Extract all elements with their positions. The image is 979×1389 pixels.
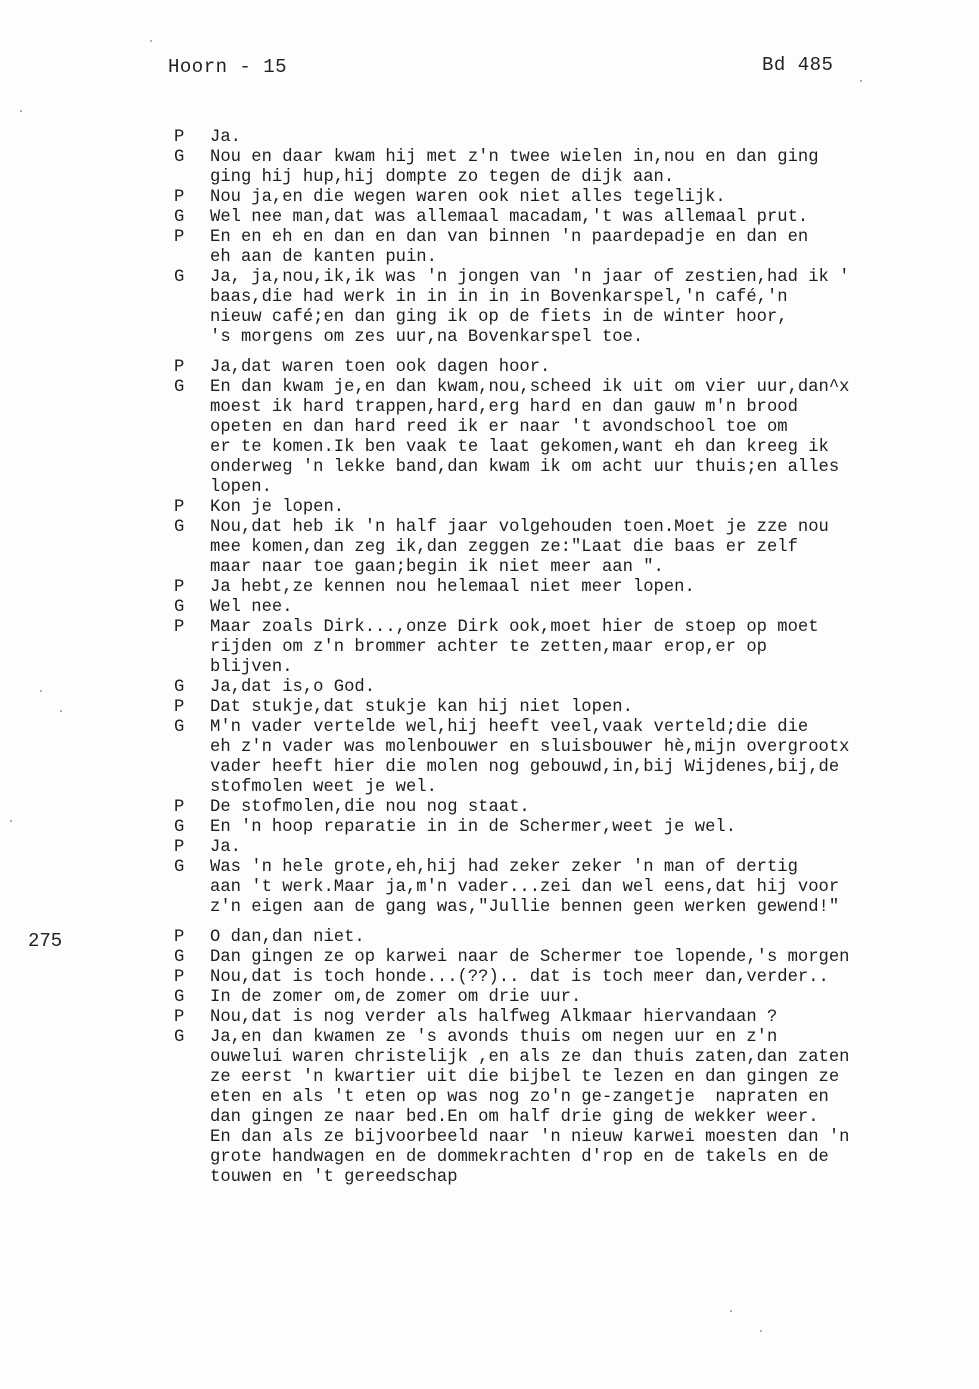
scan-speck (860, 80, 862, 82)
transcript-turn: GJa,en dan kwamen ze 's avonds thuis om … (174, 1028, 979, 1188)
transcript-turn: PJa hebt,ze kennen nou helemaal niet mee… (174, 578, 979, 598)
utterance: M'n vader vertelde wel,hij heeft veel,va… (210, 718, 979, 798)
utterance-line: onderweg 'n lekke band,dan kwam ik om ac… (210, 458, 979, 478)
speaker-label: P (174, 838, 210, 858)
utterance-line: Ja, ja,nou,ik,ik was 'n jongen van 'n ja… (210, 268, 979, 288)
transcript-turn: PMaar zoals Dirk...,onze Dirk ook,moet h… (174, 618, 979, 678)
utterance-line: rijden om z'n brommer achter te zetten,m… (210, 638, 979, 658)
utterance: Nou,dat is nog verder als halfweg Alkmaa… (210, 1008, 979, 1028)
scan-speck (150, 40, 152, 42)
speaker-label: P (174, 1008, 210, 1028)
transcript-turn: GJa, ja,nou,ik,ik was 'n jongen van 'n j… (174, 268, 979, 348)
utterance-line: mee komen,dan zeg ik,dan zeggen ze:"Laat… (210, 538, 979, 558)
utterance: De stofmolen,die nou nog staat. (210, 798, 979, 818)
utterance: Ja,dat is,o God. (210, 678, 979, 698)
utterance-line: Ja,dat waren toen ook dagen hoor. (210, 358, 979, 378)
transcript-turn: PKon je lopen. (174, 498, 979, 518)
speaker-label: G (174, 378, 210, 398)
speaker-label: G (174, 818, 210, 838)
utterance-line: stofmolen weet je wel. (210, 778, 979, 798)
speaker-label: P (174, 228, 210, 248)
utterance: In de zomer om,de zomer om drie uur. (210, 988, 979, 1008)
utterance: En dan kwam je,en dan kwam,nou,scheed ik… (210, 378, 979, 498)
utterance: Ja,dat waren toen ook dagen hoor. (210, 358, 979, 378)
transcript-turn: GWel nee man,dat was allemaal macadam,'t… (174, 208, 979, 228)
speaker-label: G (174, 988, 210, 1008)
utterance-line: opeten en dan hard reed ik er naar 't av… (210, 418, 979, 438)
speaker-label: P (174, 188, 210, 208)
speaker-label: P (174, 128, 210, 148)
utterance-line: En dan kwam je,en dan kwam,nou,scheed ik… (210, 378, 979, 398)
page-header-location: Hoorn - 15 (168, 56, 287, 78)
utterance-line: Nou ja,en die wegen waren ook niet alles… (210, 188, 979, 208)
speaker-label: P (174, 498, 210, 518)
utterance-line: Ja,en dan kwamen ze 's avonds thuis om n… (210, 1028, 979, 1048)
utterance-line: er te komen.Ik ben vaak te laat gekomen,… (210, 438, 979, 458)
transcript-turn: PNou,dat is nog verder als halfweg Alkma… (174, 1008, 979, 1028)
speaker-label: G (174, 208, 210, 228)
utterance-line: Ja. (210, 838, 979, 858)
utterance-line: eh aan de kanten puin. (210, 248, 979, 268)
utterance: Wel nee. (210, 598, 979, 618)
utterance-line: M'n vader vertelde wel,hij heeft veel,va… (210, 718, 979, 738)
utterance-line: vader heeft hier die molen nog gebouwd,i… (210, 758, 979, 778)
scan-speck (20, 110, 22, 112)
speaker-label: P (174, 928, 210, 948)
utterance-line: De stofmolen,die nou nog staat. (210, 798, 979, 818)
transcript-turn: PEn en eh en dan en dan van binnen 'n pa… (174, 228, 979, 268)
transcript-turn: PDat stukje,dat stukje kan hij niet lope… (174, 698, 979, 718)
speaker-label: G (174, 948, 210, 968)
utterance-line: aan 't werk.Maar ja,m'n vader...zei dan … (210, 878, 979, 898)
speaker-label: P (174, 358, 210, 378)
utterance-line: moest ik hard trappen,hard,erg hard en d… (210, 398, 979, 418)
utterance: Was 'n hele grote,eh,hij had zeker zeker… (210, 858, 979, 918)
utterance: Kon je lopen. (210, 498, 979, 518)
transcript-turn: GWel nee. (174, 598, 979, 618)
utterance-line: Kon je lopen. (210, 498, 979, 518)
scan-speck (60, 710, 62, 712)
utterance: Nou,dat is toch honde...(??).. dat is to… (210, 968, 979, 988)
utterance: En en eh en dan en dan van binnen 'n paa… (210, 228, 979, 268)
transcript-turn: GJa,dat is,o God. (174, 678, 979, 698)
document-page: Hoorn - 15 Bd 485 275 PJa.GNou en daar k… (0, 0, 979, 1389)
utterance-line: In de zomer om,de zomer om drie uur. (210, 988, 979, 1008)
transcript-turn: GNou en daar kwam hij met z'n twee wiele… (174, 148, 979, 188)
utterance-line: baas,die had werk in in in in in Bovenka… (210, 288, 979, 308)
utterance: Wel nee man,dat was allemaal macadam,'t … (210, 208, 979, 228)
margin-line-number: 275 (28, 930, 62, 952)
utterance-line: ze eerst 'n kwartier uit die bijbel te l… (210, 1068, 979, 1088)
utterance-line: nieuw café;en dan ging ik op de fiets in… (210, 308, 979, 328)
utterance: Ja,en dan kwamen ze 's avonds thuis om n… (210, 1028, 979, 1188)
page-header-volume: Bd 485 (762, 54, 833, 76)
utterance-line: Dat stukje,dat stukje kan hij niet lopen… (210, 698, 979, 718)
transcript-turn: PNou,dat is toch honde...(??).. dat is t… (174, 968, 979, 988)
speaker-label: P (174, 968, 210, 988)
utterance: Ja, ja,nou,ik,ik was 'n jongen van 'n ja… (210, 268, 979, 348)
speaker-label: P (174, 578, 210, 598)
speaker-label: G (174, 518, 210, 538)
utterance: Nou,dat heb ik 'n half jaar volgehouden … (210, 518, 979, 578)
speaker-label: P (174, 798, 210, 818)
utterance: En 'n hoop reparatie in in de Schermer,w… (210, 818, 979, 838)
transcript-turn: GEn 'n hoop reparatie in in de Schermer,… (174, 818, 979, 838)
utterance-line: 's morgens om zes uur,na Bovenkarspel to… (210, 328, 979, 348)
utterance: Ja. (210, 838, 979, 858)
utterance-line: grote handwagen en de dommekrachten d'ro… (210, 1148, 979, 1168)
speaker-label: G (174, 148, 210, 168)
transcript-turn: PDe stofmolen,die nou nog staat. (174, 798, 979, 818)
utterance-line: touwen en 't gereedschap (210, 1168, 979, 1188)
transcript-turn: GEn dan kwam je,en dan kwam,nou,scheed i… (174, 378, 979, 498)
speaker-label: G (174, 1028, 210, 1048)
utterance-line: O dan,dan niet. (210, 928, 979, 948)
utterance-line: En en eh en dan en dan van binnen 'n paa… (210, 228, 979, 248)
transcript-turn: PNou ja,en die wegen waren ook niet alle… (174, 188, 979, 208)
utterance-line: dan gingen ze naar bed.En om half drie g… (210, 1108, 979, 1128)
utterance-line: ging hij hup,hij dompte zo tegen de dijk… (210, 168, 979, 188)
speaker-label: P (174, 698, 210, 718)
speaker-label: G (174, 678, 210, 698)
utterance: O dan,dan niet. (210, 928, 979, 948)
speaker-label: G (174, 598, 210, 618)
utterance: Dan gingen ze op karwei naar de Schermer… (210, 948, 979, 968)
transcript-turn: GDan gingen ze op karwei naar de Scherme… (174, 948, 979, 968)
utterance-line: Dan gingen ze op karwei naar de Schermer… (210, 948, 979, 968)
speaker-label: G (174, 718, 210, 738)
utterance-line: maar naar toe gaan;begin ik niet meer aa… (210, 558, 979, 578)
utterance-line: Wel nee man,dat was allemaal macadam,'t … (210, 208, 979, 228)
utterance-line: Nou,dat heb ik 'n half jaar volgehouden … (210, 518, 979, 538)
transcript-turn: GIn de zomer om,de zomer om drie uur. (174, 988, 979, 1008)
utterance-line: Nou en daar kwam hij met z'n twee wielen… (210, 148, 979, 168)
transcript-turn: PJa. (174, 128, 979, 148)
utterance: Dat stukje,dat stukje kan hij niet lopen… (210, 698, 979, 718)
utterance: Ja. (210, 128, 979, 148)
utterance-line: Ja. (210, 128, 979, 148)
utterance-line: z'n eigen aan de gang was,"Jullie bennen… (210, 898, 979, 918)
utterance-line: En dan als ze bijvoorbeeld naar 'n nieuw… (210, 1128, 979, 1148)
utterance: Nou ja,en die wegen waren ook niet alles… (210, 188, 979, 208)
transcript-turn: GWas 'n hele grote,eh,hij had zeker zeke… (174, 858, 979, 918)
utterance: Ja hebt,ze kennen nou helemaal niet meer… (210, 578, 979, 598)
speaker-label: P (174, 618, 210, 638)
transcript-turn: GM'n vader vertelde wel,hij heeft veel,v… (174, 718, 979, 798)
utterance-line: lopen. (210, 478, 979, 498)
utterance-line: eh z'n vader was molenbouwer en sluisbou… (210, 738, 979, 758)
scan-speck (10, 820, 12, 822)
speaker-label: G (174, 858, 210, 878)
utterance: Nou en daar kwam hij met z'n twee wielen… (210, 148, 979, 188)
scan-speck (760, 1330, 762, 1332)
scan-speck (40, 690, 42, 692)
interview-transcript: PJa.GNou en daar kwam hij met z'n twee w… (174, 128, 979, 1188)
utterance-line: ouwelui waren christelijk ,en als ze dan… (210, 1048, 979, 1068)
utterance-line: Was 'n hele grote,eh,hij had zeker zeker… (210, 858, 979, 878)
transcript-turn: PJa. (174, 838, 979, 858)
scan-speck (730, 1310, 732, 1312)
utterance: Maar zoals Dirk...,onze Dirk ook,moet hi… (210, 618, 979, 678)
utterance-line: Ja hebt,ze kennen nou helemaal niet meer… (210, 578, 979, 598)
transcript-turn: PJa,dat waren toen ook dagen hoor. (174, 358, 979, 378)
utterance-line: Nou,dat is toch honde...(??).. dat is to… (210, 968, 979, 988)
utterance-line: Nou,dat is nog verder als halfweg Alkmaa… (210, 1008, 979, 1028)
utterance-line: eten en als 't eten op was nog zo'n ge-z… (210, 1088, 979, 1108)
utterance-line: blijven. (210, 658, 979, 678)
utterance-line: Wel nee. (210, 598, 979, 618)
utterance-line: Ja,dat is,o God. (210, 678, 979, 698)
utterance-line: En 'n hoop reparatie in in de Schermer,w… (210, 818, 979, 838)
transcript-turn: PO dan,dan niet. (174, 928, 979, 948)
utterance-line: Maar zoals Dirk...,onze Dirk ook,moet hi… (210, 618, 979, 638)
speaker-label: G (174, 268, 210, 288)
transcript-turn: GNou,dat heb ik 'n half jaar volgehouden… (174, 518, 979, 578)
